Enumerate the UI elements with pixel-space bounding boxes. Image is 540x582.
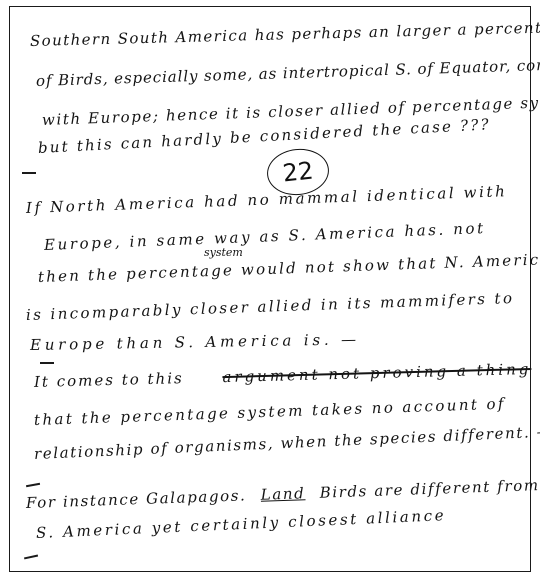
inserted-word-system: system [204, 246, 243, 259]
separator-dash [22, 172, 36, 174]
separator-dash [40, 362, 54, 364]
underlined-word: Land [260, 484, 305, 504]
